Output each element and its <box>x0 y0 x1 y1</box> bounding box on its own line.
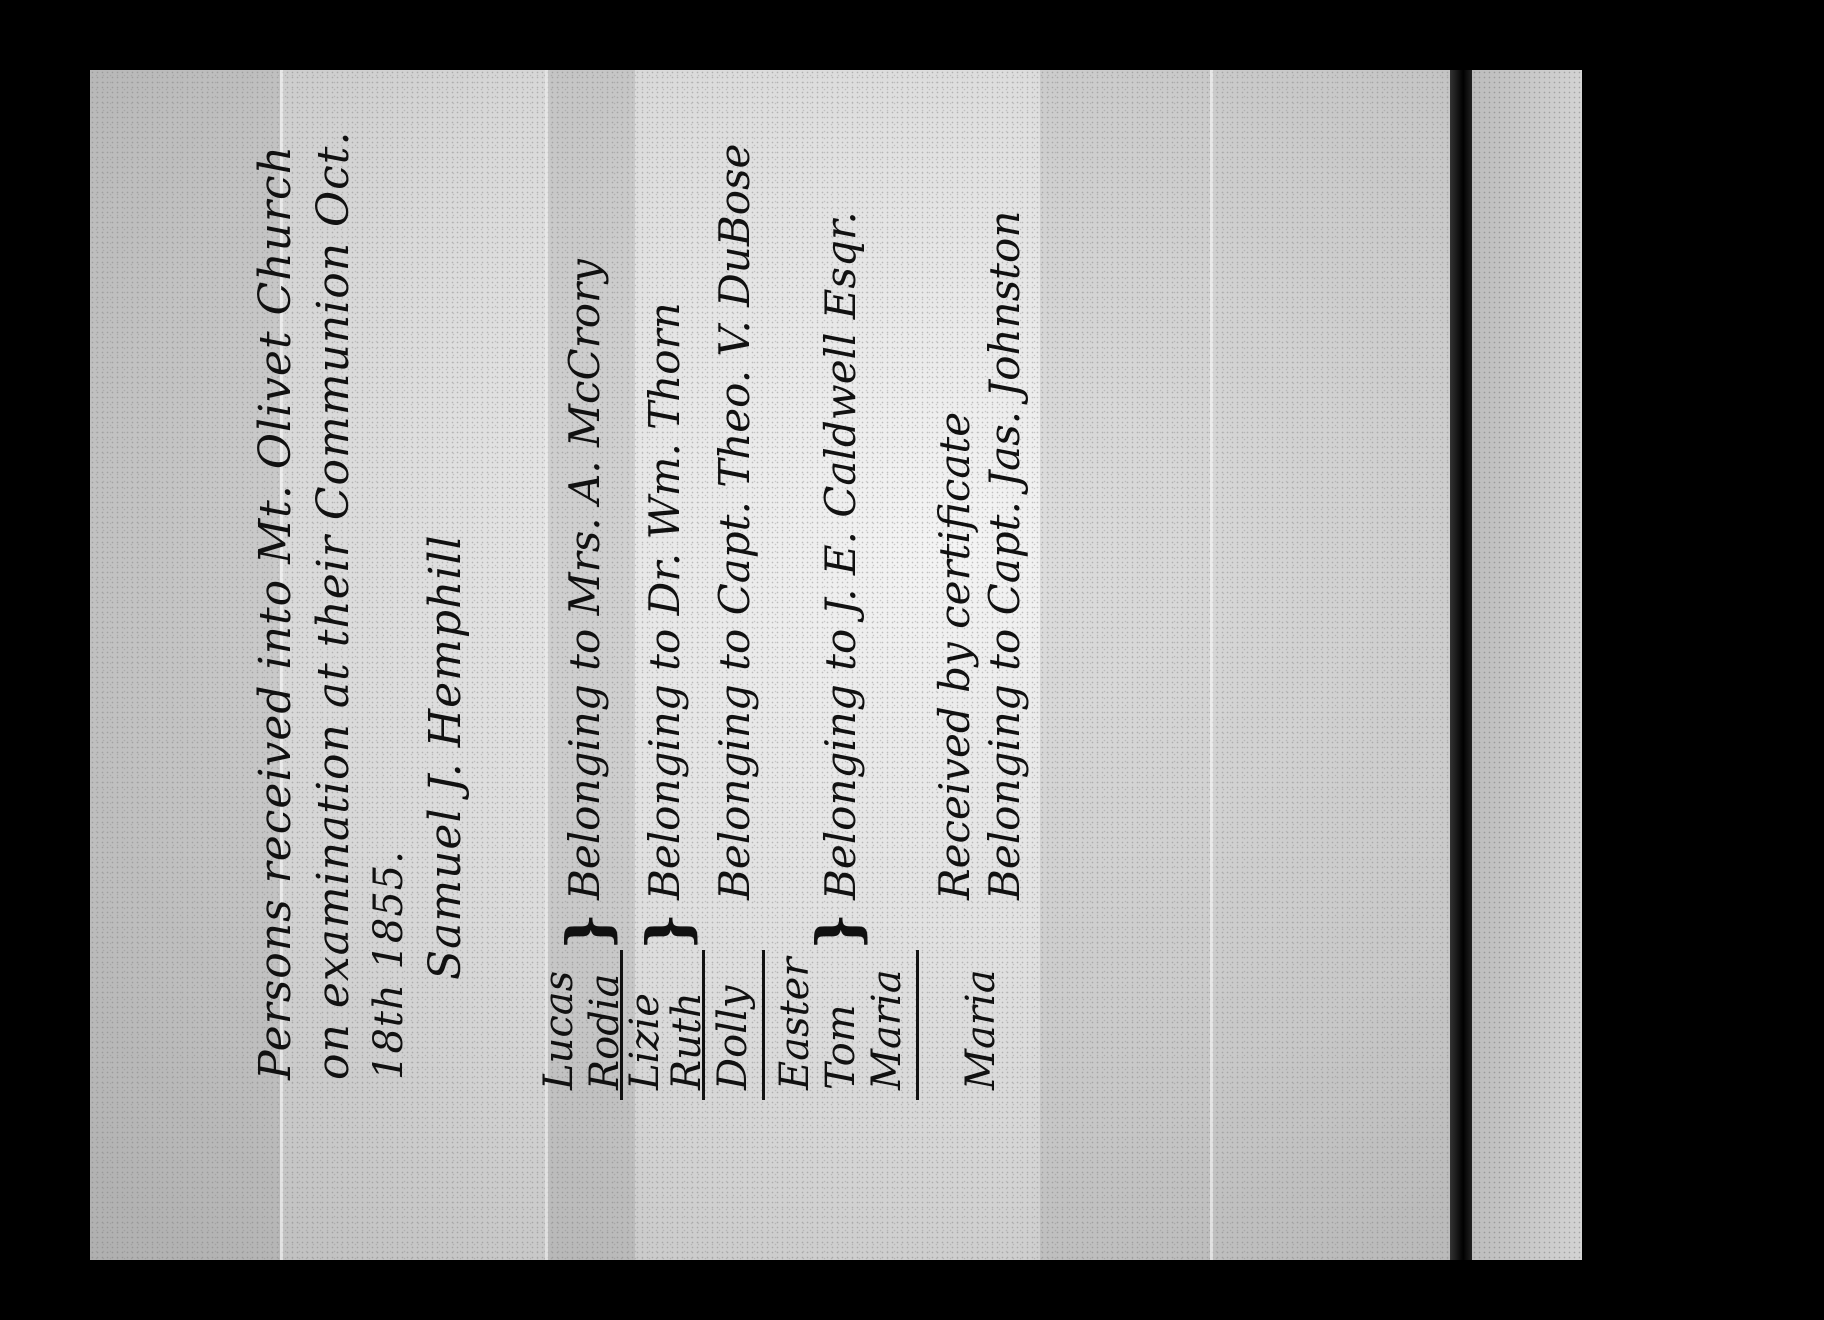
person-name: Maria <box>864 969 910 1090</box>
brace: } <box>804 913 872 950</box>
brace: } <box>554 913 622 950</box>
paper-shading <box>1040 70 1210 1260</box>
person-name: Easter <box>772 958 818 1090</box>
owner-description: Belonging to Capt. Jas. Johnston <box>980 211 1029 900</box>
adjacent-page <box>1472 70 1582 1260</box>
divider <box>762 950 765 1100</box>
brace: } <box>634 913 702 950</box>
handwritten-text: Persons received into Mt. Olivet Church … <box>230 60 1050 1100</box>
heading-line-2: on examination at their Communion Oct. <box>308 131 359 1080</box>
signature: Samuel J. Hemphill <box>420 534 471 980</box>
person-name: Tom <box>818 1004 864 1090</box>
page-edge-shadow <box>1450 70 1472 1260</box>
person-name: Lizie <box>622 993 668 1090</box>
certificate-note: Received by certificate <box>930 412 979 900</box>
divider <box>916 950 919 1100</box>
owner-description: Belonging to Mrs. A. McCrory <box>560 259 609 900</box>
person-name: Dolly <box>710 986 756 1090</box>
owner-description: Belonging to Capt. Theo. V. DuBose <box>710 144 759 900</box>
owner-description: Belonging to J. E. Caldwell Esqr. <box>816 211 865 900</box>
owner-description: Belonging to Dr. Wm. Thorn <box>640 302 689 900</box>
divider <box>702 950 705 1100</box>
paper-shading <box>1210 70 1480 1260</box>
paper-fold-line <box>1210 70 1213 1260</box>
heading-line-1: Persons received into Mt. Olivet Church <box>250 145 301 1080</box>
heading-date: 18th 1855. <box>366 850 412 1080</box>
person-name: Maria <box>958 969 1004 1090</box>
person-name: Lucas <box>536 971 582 1090</box>
